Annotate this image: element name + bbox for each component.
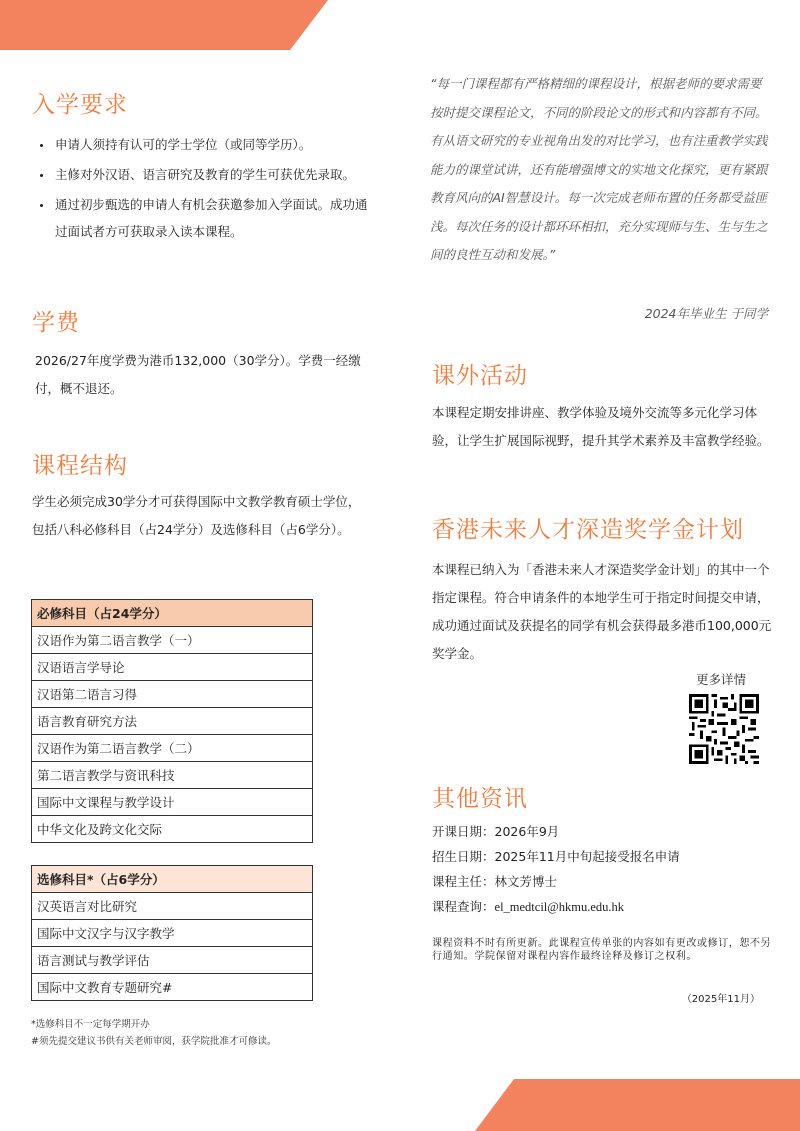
- admission-item: 申请人须持有认可的学士学位（或同等学历）。: [33, 131, 373, 158]
- activities-title: 课外活动: [432, 357, 528, 390]
- elective-courses-table: 选修科目*（占6学分） 汉英语言对比研究 国际中文汉字与汉字教学 语言测试与教学…: [31, 865, 313, 1001]
- top-decorative-band: [0, 0, 330, 50]
- elective-header: 选修科目*（占6学分）: [32, 866, 313, 893]
- course-row: 汉语作为第二语言教学（一）: [32, 627, 313, 654]
- info-label: 课程查询：: [432, 899, 495, 914]
- course-row: 第二语言教学与资讯科技: [32, 762, 313, 789]
- enquiry-row: 课程查询：el_medtcil@hkmu.edu.hk: [432, 897, 624, 915]
- structure-text: 学生必须完成30学分才可获得国际中文教学教育硕士学位，包括八科必修科目（占24学…: [32, 488, 372, 544]
- revision-date: （2025年11月）: [682, 990, 760, 1005]
- required-courses-table: 必修科目（占24学分） 汉语作为第二语言教学（一） 汉语语言学导论 汉语第二语言…: [31, 599, 313, 843]
- more-details-label: 更多详情: [696, 670, 746, 688]
- course-row: 汉语作为第二语言教学（二）: [32, 735, 313, 762]
- info-value: 2025年11月中旬起接受报名申请: [495, 849, 680, 864]
- admission-title: 入学要求: [32, 86, 128, 119]
- course-row: 中华文化及跨文化交际: [32, 816, 313, 843]
- course-row: 国际中文教育专题研究#: [32, 974, 313, 1001]
- admission-item: 通过初步甄选的申请人有机会获邀参加入学面试。成功通过面试者方可获取录入读本课程。: [33, 191, 373, 245]
- tuition-title: 学费: [32, 304, 80, 337]
- disclaimer-text: 课程资料不时有所更新。此课程宣传单张的内容如有更改或修订，恕不另行通知。学院保留…: [432, 938, 772, 963]
- other-info-title: 其他资讯: [432, 780, 528, 813]
- admission-item: 主修对外汉语、语言研究及教育的学生可获优先录取。: [33, 161, 373, 188]
- elective-footnote: *选修科目不一定每学期开办: [31, 1016, 150, 1030]
- course-row: 国际中文汉字与汉字教学: [32, 920, 313, 947]
- enrollment-date-row: 招生日期：2025年11月中旬起接受报名申请: [432, 847, 680, 865]
- testimonial-quote: “每一门课程都有严格精细的课程设计，根据老师的要求需要按时提交课程论文，不同的阶…: [430, 70, 770, 270]
- course-row: 语言教育研究方法: [32, 708, 313, 735]
- course-row: 汉英语言对比研究: [32, 893, 313, 920]
- testimonial-attribution: 2024年毕业生 于同学: [645, 304, 768, 322]
- enquiry-email-link[interactable]: el_medtcil@hkmu.edu.hk: [495, 900, 625, 914]
- bottom-decorative-band: [470, 1079, 800, 1131]
- info-label: 课程主任：: [432, 874, 495, 889]
- course-row: 国际中文课程与教学设计: [32, 789, 313, 816]
- info-value: 2026年9月: [495, 824, 560, 839]
- info-value: 林文芳博士: [495, 874, 558, 889]
- admission-list: 申请人须持有认可的学士学位（或同等学历）。 主修对外汉语、语言研究及教育的学生可…: [33, 131, 373, 248]
- info-label: 开课日期：: [432, 824, 495, 839]
- start-date-row: 开课日期：2026年9月: [432, 822, 559, 840]
- tuition-text: 2026/27年度学费为港币132,000（30学分）。学费一经缴付，概不退还。: [35, 347, 375, 403]
- director-row: 课程主任：林文芳博士: [432, 872, 557, 890]
- scholarship-text: 本课程已纳入为「香港未来人才深造奖学金计划」的其中一个指定课程。符合申请条件的本…: [432, 556, 772, 668]
- course-row: 语言测试与教学评估: [32, 947, 313, 974]
- scholarship-title: 香港未来人才深造奖学金计划: [432, 511, 744, 544]
- activities-text: 本课程定期安排讲座、教学体验及境外交流等多元化学习体验，让学生扩展国际视野，提升…: [432, 399, 772, 455]
- course-row: 汉语语言学导论: [32, 654, 313, 681]
- required-header: 必修科目（占24学分）: [32, 600, 313, 627]
- proposal-footnote: #须先提交建议书供有关老师审阅，获学院批准才可修读。: [31, 1033, 276, 1047]
- qr-code-icon[interactable]: [689, 694, 759, 764]
- course-row: 汉语第二语言习得: [32, 681, 313, 708]
- info-label: 招生日期：: [432, 849, 495, 864]
- structure-title: 课程结构: [32, 447, 128, 480]
